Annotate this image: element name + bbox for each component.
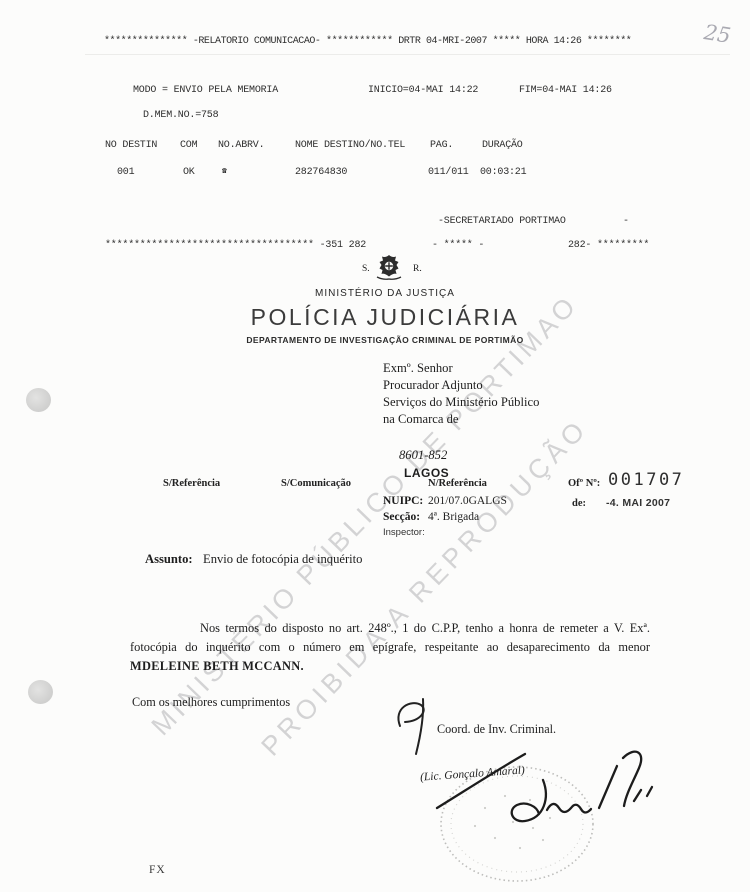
col-header-no-destin: NO DESTIN [105,140,157,151]
your-communication-label: S/Comunicação [281,478,351,489]
subject-label: Assunto: [145,552,193,567]
table-row-destin: 001 [117,167,134,178]
watermark-line1: MINISTÉRIO PÚBLICO DE PORTIMAO [142,285,588,745]
hole-punch-top [26,388,51,412]
fax-end-time: FIM=04-MAI 14:26 [519,85,612,96]
coat-of-arms-icon [374,253,404,281]
seccao-label: Secção: [383,511,420,523]
oficio-number-label: Ofº Nº: [568,478,600,489]
col-header-no-abrv: NO.ABRV. [218,140,264,151]
secretariado-dash: - [623,216,629,227]
crest-right-initial: R. [413,264,422,274]
fax-tail-right: 282- ********* [568,240,649,251]
table-row-pages: 011/011 [428,167,469,178]
signature-icon [437,752,652,822]
nuipc-label: NUIPC: [383,495,423,507]
col-header-pag: PAG. [430,140,453,151]
round-stamp-icon [441,767,593,881]
header-divider [85,54,730,55]
ministry-title: MINISTÉRIO DA JUSTIÇA [20,288,750,299]
inspector-label: Inspector: [383,527,425,538]
date-stamp: -4. MAI 2007 [606,497,670,509]
handwritten-page-number: 25 [702,20,732,48]
hole-punch-bottom [28,680,53,704]
organization-title: POLÍCIA JUDICIÁRIA [20,304,750,331]
recipient-address: Exmº. Senhor Procurador Adjunto Serviços… [383,360,539,428]
signature-and-stamp [425,738,665,888]
nuipc-value: 201/07.0GALGS [428,495,507,507]
footer-fx-mark: FX [149,864,166,876]
fax-document-page: MINISTÉRIO PÚBLICO DE PORTIMAO PROIBIDA … [0,0,750,892]
oficio-number-stamp: 001707 [608,470,684,490]
table-row-com-status: OK [183,167,195,178]
table-row-destination-number: 282764830 [295,167,347,178]
table-row-duration: 00:03:21 [480,167,526,178]
recipient-postal-code: 8601-852 [399,448,447,462]
col-header-duracao: DURAÇÃO [482,140,523,151]
secretariado-label: -SECRETARIADO PORTIMAO [438,216,566,227]
fax-memory-number: D.MEM.NO.=758 [143,110,218,121]
col-header-com: COM [180,140,197,151]
signed-for-title: Coord. de Inv. Criminal. [437,722,556,737]
seccao-value: 4ª. Brigada [428,511,479,523]
fax-tail-left: ************************************ -35… [105,240,366,251]
subject-text: Envio de fotocópia de inquérito [203,552,362,567]
fax-mode: MODO = ENVIO PELA MEMORIA [133,85,278,96]
col-header-nome-destino: NOME DESTINO/NO.TEL [295,140,405,151]
fax-start-time: INICIO=04-MAI 14:22 [368,85,478,96]
missing-person-name: MDELEINE BETH MCCANN. [130,659,304,673]
department-subtitle: DEPARTAMENTO DE INVESTIGAÇÃO CRIMINAL DE… [20,335,750,345]
phone-icon: ☎ [222,166,227,176]
fax-report-header: *************** -RELATORIO COMUNICACAO- … [104,36,631,47]
closing-salutation: Com os melhores cumprimentos [132,695,290,710]
body-paragraph: Nos termos do disposto no art. 248º., 1 … [130,619,650,676]
body-text: Nos termos do disposto no art. 248º., 1 … [130,621,650,654]
our-reference-label: N/Referência [428,478,487,489]
date-label: de: [572,498,586,509]
crest-left-initial: S. [362,264,370,274]
your-reference-label: S/Referência [163,478,220,489]
fax-tail-mid: - ***** - [432,240,484,251]
